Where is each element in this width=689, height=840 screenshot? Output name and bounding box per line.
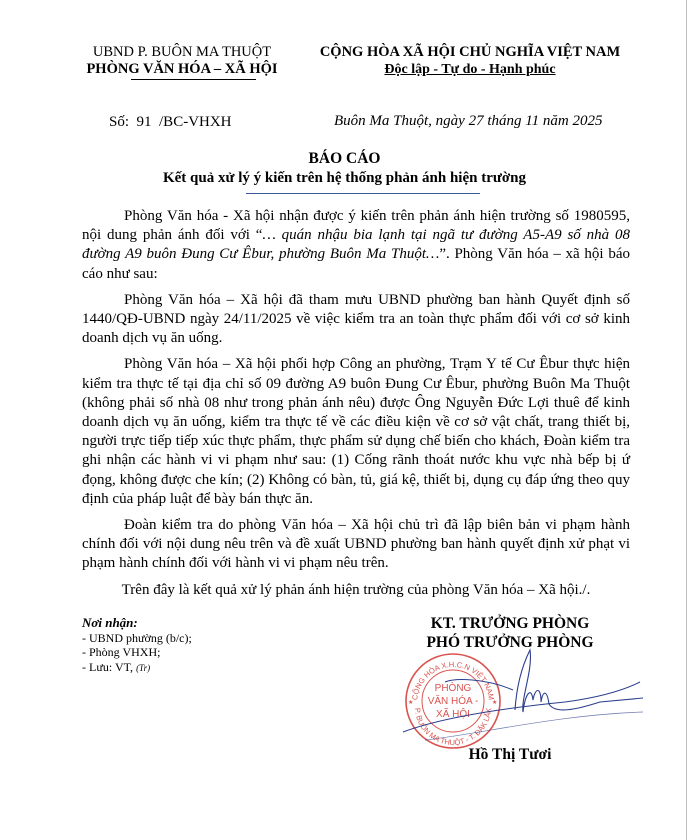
document-code: /BC-VHXH — [159, 114, 232, 130]
recipients-block: Nơi nhận: - UBND phường (b/c); - Phòng V… — [82, 616, 192, 675]
issuing-authority-block: UBND P. BUÔN MA THUỘT PHÒNG VĂN HÓA – XÃ… — [64, 44, 300, 78]
authority-name: UBND P. BUÔN MA THUỘT — [64, 44, 300, 61]
signature-title-line1: KT. TRƯỞNG PHÒNG — [370, 614, 650, 633]
document-number: Số: 91 /BC-VHXH — [109, 114, 232, 131]
paragraph-1: Phòng Văn hóa - Xã hội nhận được ý kiến … — [82, 207, 630, 284]
place-and-date: Buôn Ma Thuột, ngày 27 tháng 11 năm 2025 — [334, 113, 602, 130]
document-subject: Kết quả xử lý ý kiến trên hệ thống phản … — [0, 170, 689, 187]
department-name: PHÒNG VĂN HÓA – XÃ HỘI — [64, 61, 300, 78]
department-underline — [131, 79, 256, 80]
clerk-initials: (Tr) — [136, 663, 150, 673]
subject-rule — [246, 193, 480, 194]
document-number-value: 91 — [137, 114, 152, 130]
paragraph-4: Đoàn kiểm tra do phòng Văn hóa – Xã hội … — [82, 516, 630, 574]
national-motto: Độc lập - Tự do - Hạnh phúc — [290, 61, 650, 78]
recipient-item: - UBND phường (b/c); — [82, 631, 192, 646]
report-body: Phòng Văn hóa - Xã hội nhận được ý kiến … — [82, 207, 630, 607]
document-type: BÁO CÁO — [0, 150, 689, 168]
recipient-item: - Phòng VHXH; — [82, 645, 192, 660]
handwritten-signature-icon — [395, 640, 645, 750]
signer-name: Hồ Thị Tươi — [370, 746, 650, 764]
paragraph-2: Phòng Văn hóa – Xã hội đã tham mưu UBND … — [82, 291, 630, 349]
recipients-label: Nơi nhận: — [82, 616, 192, 631]
paragraph-closing: Trên đây là kết quả xử lý phản ánh hiện … — [82, 581, 630, 600]
paragraph-3: Phòng Văn hóa – Xã hội phối hợp Công an … — [82, 355, 630, 509]
national-header-block: CỘNG HÒA XÃ HỘI CHỦ NGHĨA VIỆT NAM Độc l… — [290, 44, 650, 78]
page-edge — [686, 0, 687, 840]
recipient-item: - Lưu: VT, (Tr) — [82, 660, 192, 676]
nation-title: CỘNG HÒA XÃ HỘI CHỦ NGHĨA VIỆT NAM — [290, 44, 650, 61]
